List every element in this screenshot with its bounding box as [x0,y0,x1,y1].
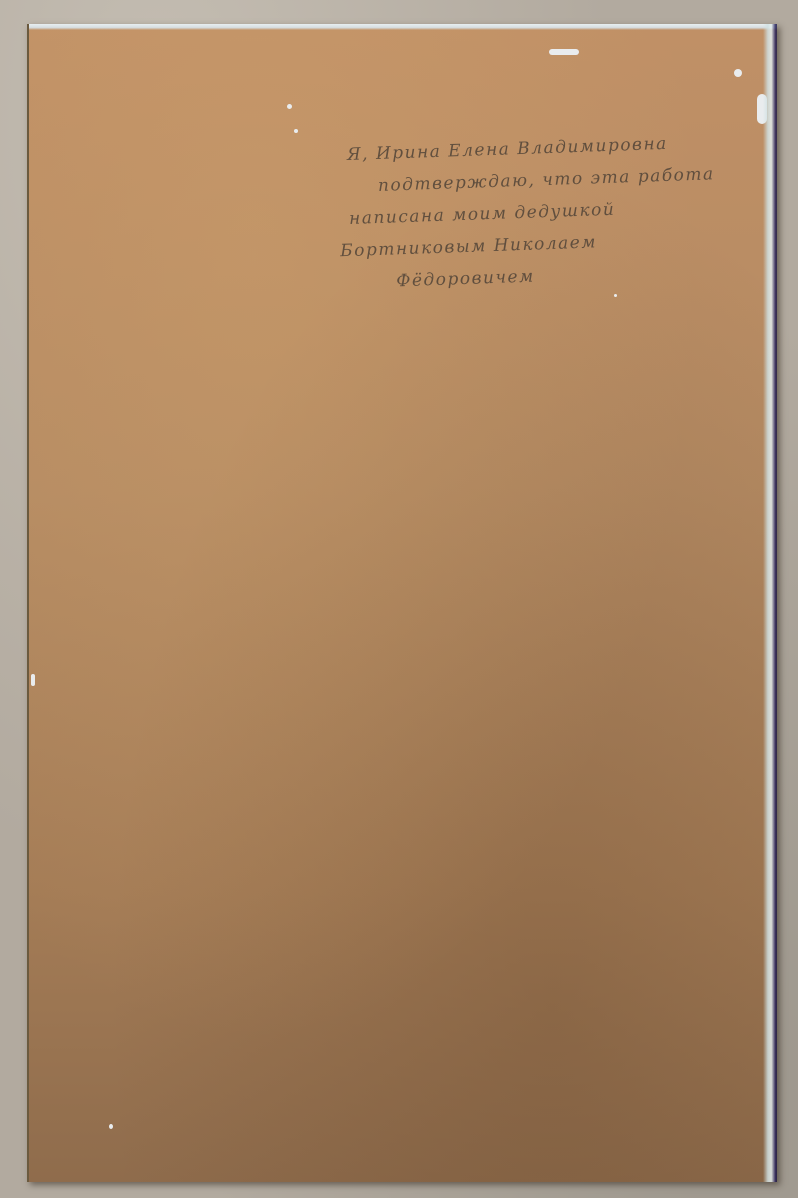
paint-speck [294,129,298,133]
handwritten-inscription: Я, Ирина Елена Владимировна подтверждаю,… [336,125,761,300]
paint-speck [109,1124,113,1129]
painting-panel-back: Я, Ирина Елена Владимировна подтверждаю,… [27,24,777,1182]
paint-speck [31,674,35,686]
paint-speck [287,104,292,109]
paint-speck [549,49,579,55]
paint-speck [614,294,617,297]
paint-speck [734,69,742,77]
paint-speck [757,94,767,124]
